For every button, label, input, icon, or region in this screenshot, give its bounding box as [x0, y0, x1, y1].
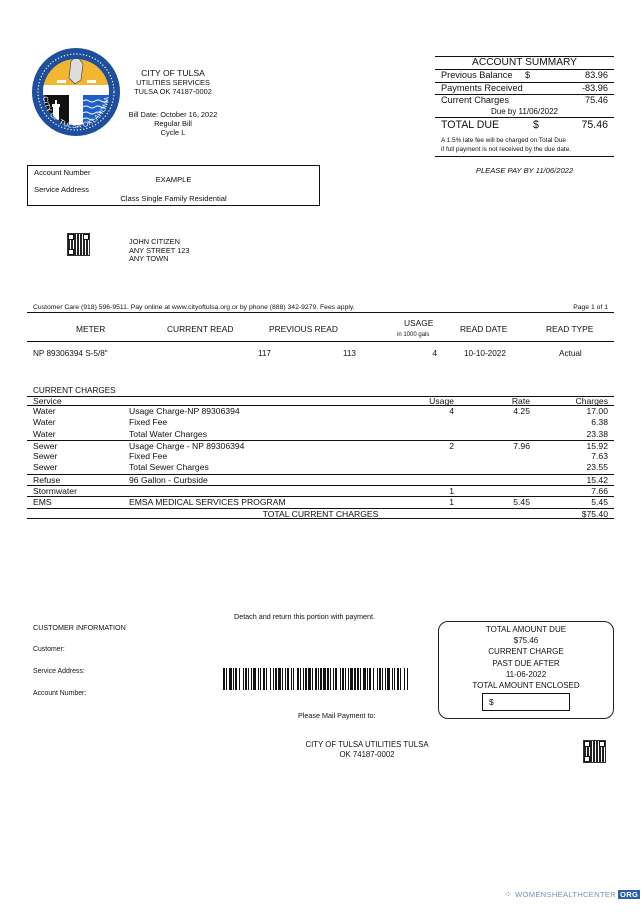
- charge-rate: 4.25: [513, 406, 530, 417]
- remittance-address: CITY OF TULSA UTILITIES TULSA OK 74187-0…: [292, 740, 442, 759]
- remittance-address-line-2: OK 74187-0002: [292, 750, 442, 760]
- payment-barcode: [223, 668, 409, 690]
- detach-instruction: Detach and return this portion with paym…: [234, 612, 375, 621]
- read-type-value: Actual: [559, 349, 582, 358]
- current-charge-label: CURRENT CHARGE: [439, 646, 613, 657]
- charge-row: Stormwater17.66: [27, 485, 614, 496]
- charge-description: Usage Charge-NP 89306394: [129, 406, 240, 417]
- charge-service: Water: [33, 406, 56, 417]
- charge-row: Refuse96 Gallon - Curbside15.42: [27, 474, 614, 485]
- charge-usage: 4: [449, 406, 454, 417]
- utility-header: CITY OF TULSA UTILITIES SERVICES TULSA O…: [118, 68, 228, 137]
- col-charges: Charges: [576, 397, 608, 406]
- charge-description: Total Water Charges: [129, 429, 207, 440]
- customer-care-text: Customer Care (918) 596-9511. Pay online…: [33, 304, 355, 311]
- usage-value: 4: [432, 349, 437, 358]
- charge-service: Water: [33, 417, 56, 428]
- watermark-text: WOMENSHEALTHCENTER: [515, 890, 616, 899]
- previous-balance-label: Previous Balance: [441, 70, 513, 82]
- col-previous-read: PREVIOUS READ: [269, 324, 338, 334]
- current-charges-table: Service Usage Rate Charges WaterUsage Ch…: [27, 396, 614, 519]
- col-usage: Usage: [429, 397, 454, 406]
- customer-care-line: Customer Care (918) 596-9511. Pay online…: [27, 304, 614, 313]
- currency-symbol: $: [525, 70, 530, 82]
- charge-amount: 7.63: [591, 451, 608, 462]
- total-current-charges-label: TOTAL CURRENT CHARGES: [27, 509, 614, 520]
- due-by-date: Due by 11/06/2022: [435, 107, 614, 118]
- current-charges-title: CURRENT CHARGES: [33, 386, 116, 395]
- current-charges-row: Current Charges 75.46: [435, 95, 614, 107]
- late-fee-note: A 1.5% late fee will be charged on Total…: [435, 132, 614, 157]
- watermark: ⁘ WOMENSHEALTHCENTER ORG: [505, 890, 640, 899]
- previous-balance-value: 83.96: [585, 70, 608, 82]
- please-pay-by: PLEASE PAY BY 11/06/2022: [435, 166, 614, 175]
- account-number-value: EXAMPLE: [28, 175, 319, 184]
- col-current-read: CURRENT READ: [167, 324, 233, 334]
- charge-service: Water: [33, 429, 56, 440]
- charges-header-row: Service Usage Rate Charges: [27, 396, 614, 406]
- payment-due-box: TOTAL AMOUNT DUE $75.46 CURRENT CHARGE P…: [438, 621, 614, 719]
- bill-type: Regular Bill: [118, 119, 228, 128]
- total-current-charges-value: $75.40: [582, 509, 608, 520]
- remittance-address-line-1: CITY OF TULSA UTILITIES TULSA: [292, 740, 442, 750]
- utility-address: TULSA OK 74187-0002: [118, 87, 228, 96]
- payments-received-row: Payments Received -83.96: [435, 83, 614, 96]
- customer-town: ANY TOWN: [129, 255, 190, 264]
- amount-enclosed-prefix: $: [489, 697, 494, 707]
- city-of-tulsa-seal-logo: CITY OF TULSA OKLAHOMA: [31, 47, 121, 137]
- late-fee-note-line-1: A 1.5% late fee will be charged on Total…: [441, 136, 608, 145]
- col-rate: Rate: [512, 397, 530, 406]
- read-date-value: 10-10-2022: [464, 349, 506, 358]
- bill-cycle: Cycle L: [118, 128, 228, 137]
- qr-code-icon: [68, 234, 89, 255]
- slip-account-number-label: Account Number:: [33, 690, 86, 697]
- charge-row: WaterFixed Fee6.38: [27, 417, 614, 428]
- total-due-row: TOTAL DUE $ 75.46: [435, 118, 614, 132]
- account-summary: ACCOUNT SUMMARY Previous Balance $ 83.96…: [435, 56, 614, 157]
- service-address-label: Service Address: [34, 185, 89, 194]
- total-due-label: TOTAL DUE: [441, 118, 499, 132]
- payments-received-value: -83.96: [582, 83, 608, 95]
- charge-amount: 23.38: [586, 429, 608, 440]
- charge-amount: 23.55: [586, 462, 608, 473]
- watermark-logo-icon: ⁘: [505, 890, 512, 899]
- previous-read-value: 113: [343, 349, 356, 358]
- total-amount-due-label: TOTAL AMOUNT DUE: [439, 624, 613, 635]
- charge-service: Sewer: [33, 451, 57, 462]
- page-number: Page 1 of 1: [573, 304, 608, 311]
- charge-row: SewerUsage Charge - NP 8930639427.9615.9…: [27, 440, 614, 451]
- qr-code-icon: [584, 741, 605, 762]
- customer-mailing-address: JOHN CITIZEN ANY STREET 123 ANY TOWN: [129, 238, 190, 264]
- charge-row: EMSEMSA MEDICAL SERVICES PROGRAM15.455.4…: [27, 496, 614, 507]
- account-summary-title: ACCOUNT SUMMARY: [435, 56, 614, 70]
- past-due-date: 11-06-2022: [439, 669, 613, 680]
- col-service: Service: [33, 397, 62, 406]
- col-read-date: READ DATE: [460, 324, 507, 334]
- total-amount-due-value: $75.46: [439, 635, 613, 646]
- amount-enclosed-field[interactable]: $: [482, 693, 570, 711]
- current-charges-label: Current Charges: [441, 95, 509, 107]
- bill-date: Bill Date: October 16, 2022: [118, 110, 228, 119]
- meter-table-header: METER CURRENT READ PREVIOUS READ USAGE i…: [27, 315, 614, 342]
- mail-payment-to-label: Please Mail Payment to:: [298, 711, 376, 720]
- col-usage-unit: in 1000 gals: [397, 332, 429, 338]
- total-current-charges-row: TOTAL CURRENT CHARGES $75.40: [27, 508, 614, 519]
- charge-service: Sewer: [33, 462, 57, 473]
- payments-received-label: Payments Received: [441, 83, 523, 95]
- charge-row: WaterTotal Water Charges23.38: [27, 429, 614, 440]
- total-due-value: 75.46: [581, 118, 608, 132]
- current-read-value: 117: [258, 349, 271, 358]
- total-amount-enclosed-label: TOTAL AMOUNT ENCLOSED: [439, 680, 613, 691]
- department-name: UTILITIES SERVICES: [118, 78, 228, 87]
- charge-description: Fixed Fee: [129, 417, 167, 428]
- charge-description: Fixed Fee: [129, 451, 167, 462]
- charge-amount: 6.38: [591, 417, 608, 428]
- charge-row: SewerTotal Sewer Charges23.55: [27, 462, 614, 473]
- col-meter: METER: [76, 324, 105, 334]
- meter-id: NP 89306394 S-5/8": [33, 349, 108, 358]
- late-fee-note-line-2: if full payment is not received by the d…: [441, 145, 608, 154]
- charge-amount: 17.00: [586, 406, 608, 417]
- col-usage: USAGE: [404, 318, 433, 328]
- customer-label: Customer:: [33, 646, 65, 653]
- previous-balance-row: Previous Balance $ 83.96: [435, 70, 614, 83]
- watermark-suffix: ORG: [618, 890, 640, 899]
- current-charges-value: 75.46: [585, 95, 608, 107]
- charge-description: Total Sewer Charges: [129, 462, 209, 473]
- service-class-value: Class Single Family Residential: [28, 194, 319, 203]
- customer-information-title: CUSTOMER INFORMATION: [33, 623, 126, 632]
- past-due-after-label: PAST DUE AFTER: [439, 658, 613, 669]
- slip-service-address-label: Service Address:: [33, 668, 85, 675]
- col-read-type: READ TYPE: [546, 324, 593, 334]
- charge-row: SewerFixed Fee7.63: [27, 451, 614, 462]
- currency-symbol: $: [533, 118, 539, 132]
- city-name: CITY OF TULSA: [118, 68, 228, 78]
- charge-row: WaterUsage Charge-NP 8930639444.2517.00: [27, 406, 614, 417]
- account-info-box: Account Number EXAMPLE Service Address C…: [27, 165, 320, 206]
